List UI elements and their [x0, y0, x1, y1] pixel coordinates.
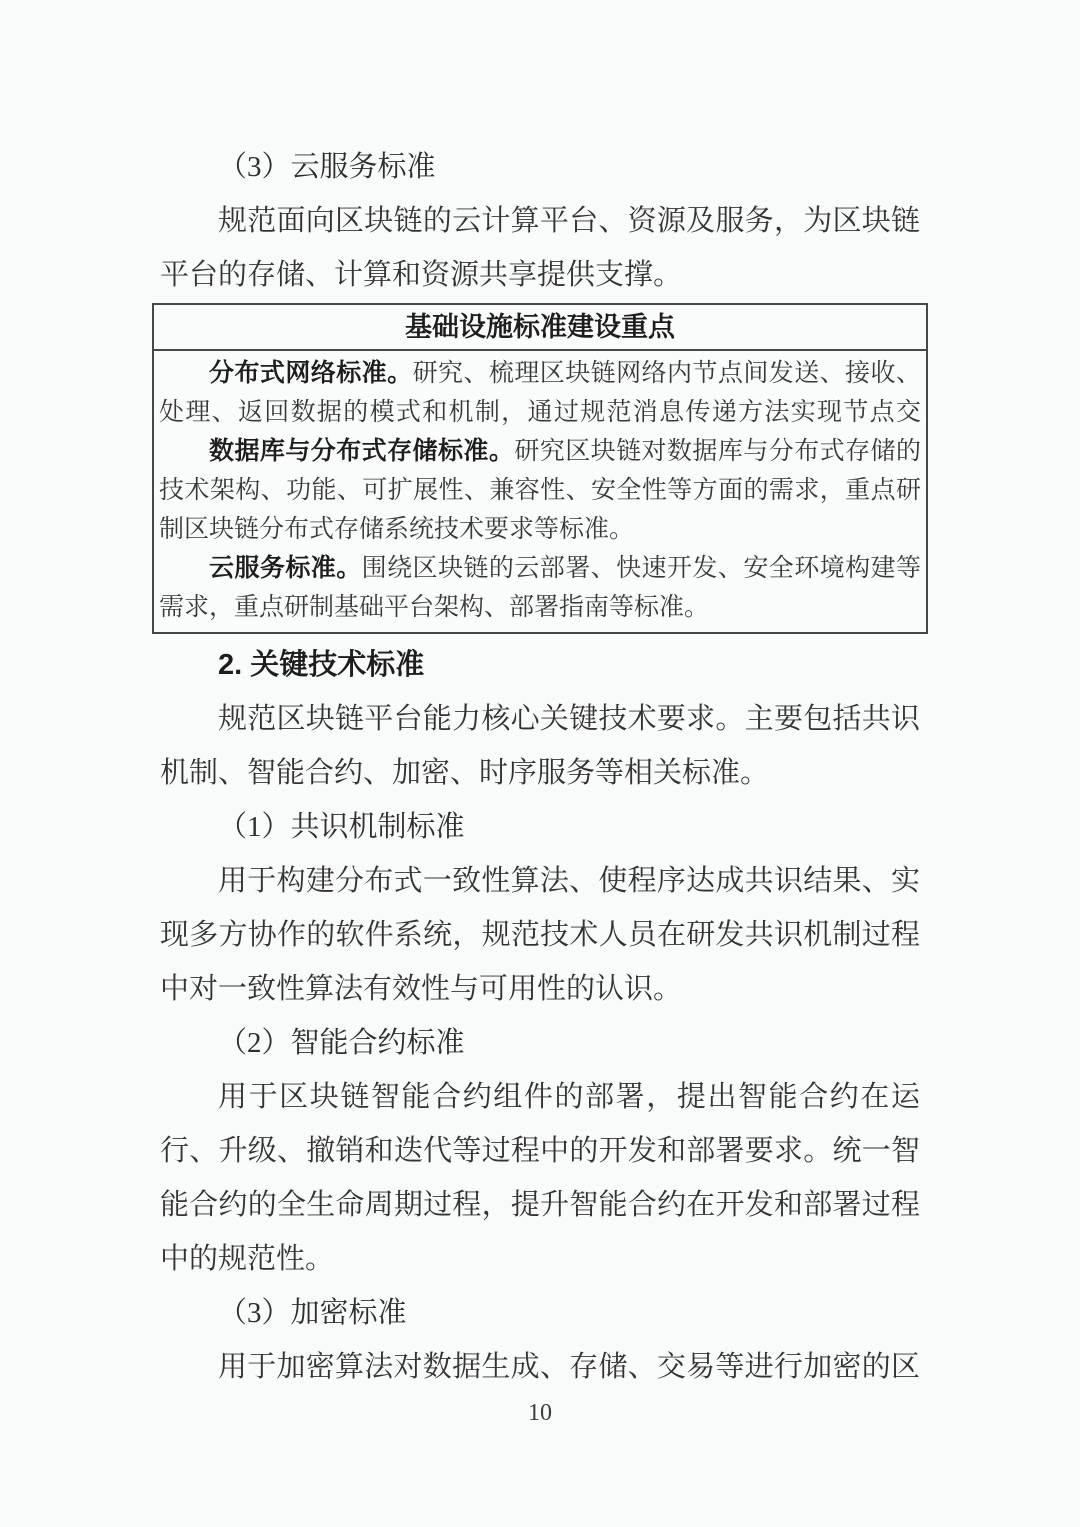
- text-line: 规范面向区块链的云计算平台、资源及服务，为区块链: [160, 194, 920, 248]
- heading-smart-contract-standard: （2）智能合约标准: [160, 1016, 920, 1070]
- text-line: 平台的存储、计算和资源共享提供支撑。: [160, 248, 920, 302]
- section-cloud-service: （3）云服务标准规范面向区块链的云计算平台、资源及服务，为区块链平台的存储、计算…: [160, 140, 920, 302]
- page-number: 10: [0, 1398, 1080, 1428]
- text-line: 机制、智能合约、加密、时序服务等相关标准。: [160, 746, 920, 800]
- bold-lead-term: 云服务标准。: [209, 554, 362, 582]
- bold-lead-term: 数据库与分布式存储标准。: [209, 437, 514, 465]
- text-line: 用于区块链智能合约组件的部署，提出智能合约在运: [160, 1070, 920, 1124]
- key-points-box-body: 分布式网络标准。研究、梳理区块链网络内节点间发送、接收、处理、返回数据的模式和机…: [154, 351, 926, 632]
- bold-lead-term: 分布式网络标准。: [209, 359, 413, 387]
- text-line: 处理、返回数据的模式和机制，通过规范消息传递方法实现节点交互。: [159, 393, 921, 432]
- text-line: 技术架构、功能、可扩展性、兼容性、安全性等方面的需求，重点研: [159, 471, 921, 510]
- document-page: （3）云服务标准规范面向区块链的云计算平台、资源及服务，为区块链平台的存储、计算…: [0, 0, 1080, 1527]
- heading-cloud-service-standard: （3）云服务标准: [160, 140, 920, 194]
- heading-key-technology-standards: 2. 关键技术标准: [160, 638, 920, 692]
- page-content: （3）云服务标准规范面向区块链的云计算平台、资源及服务，为区块链平台的存储、计算…: [0, 0, 1080, 1394]
- text-line: 分布式网络标准。研究、梳理区块链网络内节点间发送、接收、: [159, 354, 921, 393]
- key-points-box-title: 基础设施标准建设重点: [154, 305, 926, 351]
- text-line: 云服务标准。围绕区块链的云部署、快速开发、安全环境构建等: [159, 549, 921, 588]
- text-line: 中的规范性。: [160, 1232, 920, 1286]
- text-line: 现多方协作的软件系统，规范技术人员在研发共识机制过程: [160, 908, 920, 962]
- text-line: 能合约的全生命周期过程，提升智能合约在开发和部署过程: [160, 1178, 920, 1232]
- text-line: 用于加密算法对数据生成、存储、交易等进行加密的区: [160, 1340, 920, 1394]
- text-line: 中对一致性算法有效性与可用性的认识。: [160, 962, 920, 1016]
- text-line: 行、升级、撤销和迭代等过程中的开发和部署要求。统一智: [160, 1124, 920, 1178]
- text-line: 用于构建分布式一致性算法、使程序达成共识结果、实: [160, 854, 920, 908]
- section-key-technology: 2. 关键技术标准规范区块链平台能力核心关键技术要求。主要包括共识机制、智能合约…: [160, 638, 920, 1394]
- heading-consensus-standard: （1）共识机制标准: [160, 800, 920, 854]
- heading-encryption-standard: （3）加密标准: [160, 1286, 920, 1340]
- text-line: 制区块链分布式存储系统技术要求等标准。: [159, 510, 921, 549]
- key-points-box: 基础设施标准建设重点 分布式网络标准。研究、梳理区块链网络内节点间发送、接收、处…: [152, 303, 928, 634]
- text-line: 规范区块链平台能力核心关键技术要求。主要包括共识: [160, 692, 920, 746]
- text-line: 需求，重点研制基础平台架构、部署指南等标准。: [159, 588, 921, 627]
- text-line: 数据库与分布式存储标准。研究区块链对数据库与分布式存储的: [159, 432, 921, 471]
